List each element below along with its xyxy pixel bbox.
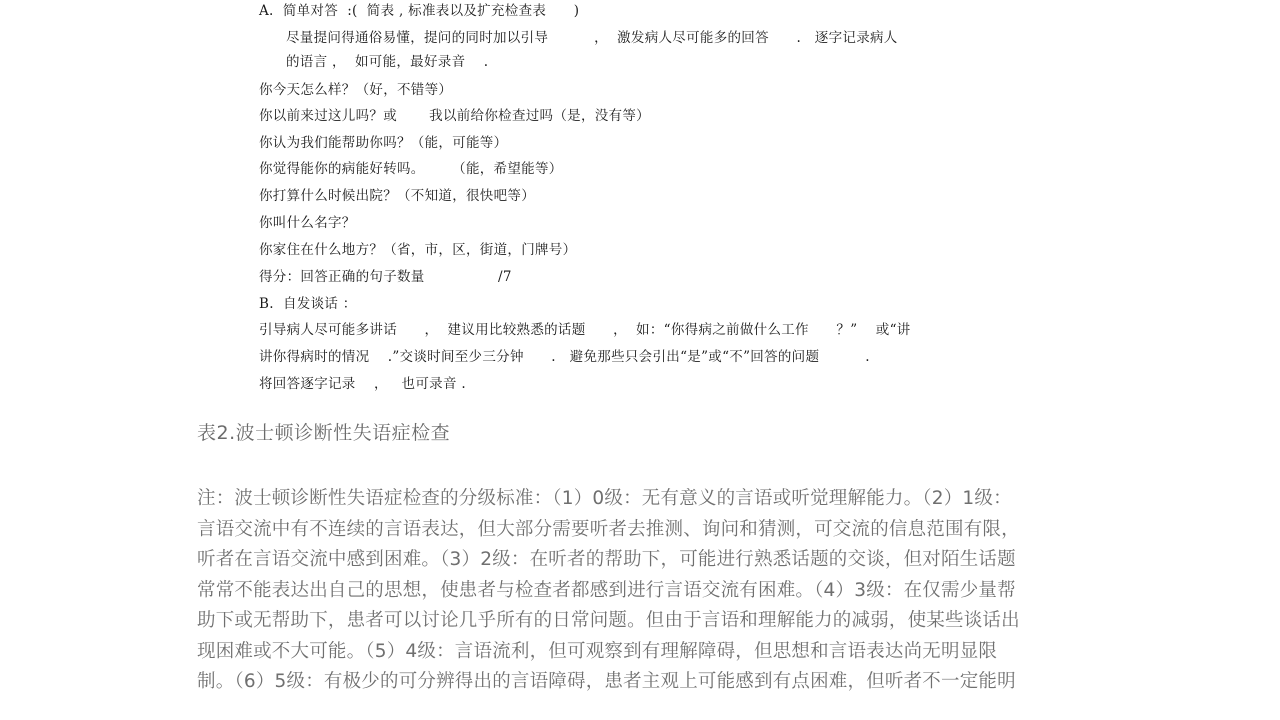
question-item: 你今天怎么样？（好，不错等） — [259, 81, 452, 99]
section-a-instruction-line-2: 的语言 ， 如可能，最好录音 . — [286, 53, 488, 71]
question-item: 你打算什么时候出院？（不知道，很快吧等） — [259, 187, 535, 205]
note-line: 助下或无帮助下，患者可以讨论几乎所有的日常问题。但由于言语和理解能力的减弱，使某… — [197, 606, 1097, 637]
question-item: 你觉得能你的病能好转吗。 （能，希望能等） — [259, 160, 563, 178]
note-line: 言语交流中有不连续的言语表达，但大部分需要听者去推测、询问和猜测，可交流的信息范… — [197, 515, 1097, 546]
note-line: 听者在言语交流中感到困难。（3）2级：在听者的帮助下，可能进行熟悉话题的交谈，但… — [197, 545, 1097, 576]
note-line: 注：波士顿诊断性失语症检查的分级标准：（1）0级：无有意义的言语或听觉理解能力。… — [197, 484, 1097, 515]
section-b-heading: B. 自发谈话 ： — [259, 295, 357, 313]
question-item: 你认为我们能帮助你吗？（能，可能等） — [259, 134, 507, 152]
section-b-line: 引导病人尽可能多讲话 ， 建议用比较熟悉的话题 ， 如：“你得病之前做什么工作 … — [259, 321, 911, 339]
question-item: 你家住在什么地方？（省，市，区，街道，门牌号） — [259, 241, 576, 259]
grading-note: 注：波士顿诊断性失语症检查的分级标准：（1）0级：无有意义的言语或听觉理解能力。… — [197, 484, 1097, 698]
section-b-line: 将回答逐字记录 ， 也可录音 . — [259, 375, 466, 393]
scanned-questionnaire-image: A. 简单对答 :( 简表 , 标准表以及扩充检查表 ) 尽量提问得通俗易懂，提… — [0, 0, 1280, 400]
section-a-heading: A. 简单对答 :( 简表 , 标准表以及扩充检查表 ) — [259, 2, 579, 20]
section-a-instruction-line-1: 尽量提问得通俗易懂，提问的同时加以引导 ， 激发病人尽可能多的回答 . 逐字记录… — [286, 29, 898, 47]
score-line: 得分：回答正确的句子数量 /7 — [259, 268, 512, 286]
note-line: 常常不能表达出自己的思想，使患者与检查者都感到进行言语交流有困难。（4）3级：在… — [197, 576, 1097, 607]
question-item: 你叫什么名字？ — [259, 214, 356, 232]
section-b-line: 讲你得病时的情况 .”交谈时间至少三分钟 . 避免那些只会引出“是”或“不”回答… — [259, 348, 870, 366]
note-line: 现困难或不大可能。（5）4级：言语流利，但可观察到有理解障碍，但思想和言语表达尚… — [197, 637, 1097, 668]
question-item: 你以前来过这儿吗？或 我以前给你检查过吗（是，没有等） — [259, 107, 650, 125]
table-caption: 表2.波士顿诊断性失语症检查 — [197, 418, 450, 445]
note-line: 制。（6）5级：有极少的可分辨得出的言语障碍，患者主观上可能感到有点困难，但听者… — [197, 667, 1097, 698]
